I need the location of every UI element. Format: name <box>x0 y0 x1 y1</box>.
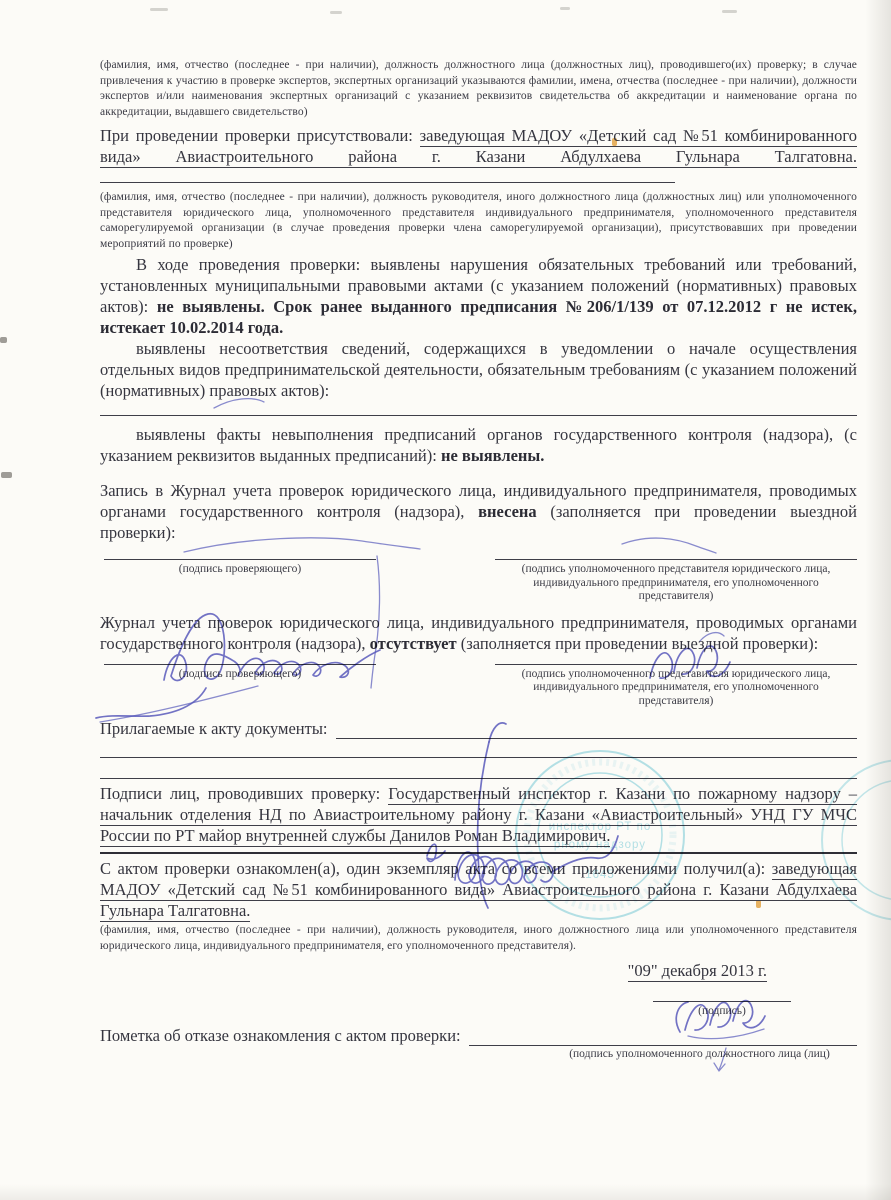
attachments-fill-line <box>336 724 857 739</box>
signature-line <box>653 1001 791 1002</box>
scan-edge-shadow <box>0 1184 891 1200</box>
date-row: "09" декабря 2013 г. <box>100 960 857 981</box>
refusal-label: Пометка об отказе ознакомления с актом п… <box>100 1025 461 1046</box>
attendees-fill-line <box>100 168 675 183</box>
signature-field-representative: (подпись уполномоченного представителя ю… <box>495 559 857 604</box>
mismatches-paragraph: выявлены несоответствия сведений, содерж… <box>100 338 857 401</box>
note-recipient-details: (фамилия, имя, отчество (последнее - при… <box>100 923 857 954</box>
blank-answer-line <box>100 405 857 416</box>
journal-missing-status: отсутствует <box>370 634 457 653</box>
signature-caption: (подпись уполномоченного представителя ю… <box>495 668 857 709</box>
signature-row-2: (подпись проверяющего) (подпись уполномо… <box>100 664 857 709</box>
signature-caption: (подпись) <box>653 1005 791 1019</box>
document-content: (фамилия, имя, отчество (последнее - при… <box>100 58 857 1061</box>
violations-paragraph: В ходе проведения проверки: выявлены нар… <box>100 254 857 338</box>
scan-speck <box>560 7 570 10</box>
journal-entry-paragraph: Запись в Журнал учета проверок юридическ… <box>100 480 857 543</box>
refusal-fill-line <box>469 1031 857 1046</box>
signature-field-inspector: (подпись проверяющего) <box>104 559 376 604</box>
attachments-label: Прилагаемые к акту документы: <box>100 718 328 739</box>
journal-missing-suffix: (заполняется при проведении выездной про… <box>461 634 818 653</box>
refusal-caption: (подпись уполномоченного должностного ли… <box>542 1048 857 1062</box>
mismatches-label: выявлены несоответствия сведений, содерж… <box>100 339 857 400</box>
prescriptions-value: не выявлены. <box>441 446 544 465</box>
scan-speck <box>722 10 737 13</box>
document-date: "09" декабря 2013 г. <box>628 961 767 982</box>
blank-line <box>100 758 857 779</box>
section-divider-line <box>100 848 857 854</box>
inspector-signatures-label: Подписи лиц, проводивших проверку: <box>100 784 380 803</box>
signature-caption: (подпись проверяющего) <box>104 563 376 577</box>
signature-line <box>495 664 857 665</box>
signature-field-inspector: (подпись проверяющего) <box>104 664 376 709</box>
signature-field-representative: (подпись уполномоченного представителя ю… <box>495 664 857 709</box>
note-inspector-details: (фамилия, имя, отчество (последнее - при… <box>100 58 857 120</box>
refusal-row: Пометка об отказе ознакомления с актом п… <box>100 1025 857 1046</box>
violations-value: не выявлены. Срок ранее выданного предпи… <box>100 297 857 337</box>
scan-speck <box>330 11 342 14</box>
blank-line <box>100 739 857 758</box>
scanned-inspection-act-page: (фамилия, имя, отчество (последнее - при… <box>0 0 891 1200</box>
scan-speck <box>0 337 7 343</box>
signature-row-1: (подпись проверяющего) (подпись уполномо… <box>100 559 857 604</box>
attendees-label: При проведении проверки присутствовали: <box>100 126 413 145</box>
acknowledgement-paragraph: С актом проверки ознакомлен(а), один экз… <box>100 858 857 921</box>
attachments-row: Прилагаемые к акту документы: <box>100 718 857 739</box>
attendees-paragraph: При проведении проверки присутствовали: … <box>100 125 857 188</box>
signature-caption: (подпись проверяющего) <box>104 668 376 682</box>
scan-speck <box>150 8 168 11</box>
scan-edge-shadow <box>865 0 891 1200</box>
scan-speck <box>1 472 12 478</box>
journal-missing-paragraph: Журнал учета проверок юридического лица,… <box>100 612 857 654</box>
signature-field-date: (подпись) <box>653 1001 791 1019</box>
signature-line <box>495 559 857 560</box>
inspector-signatures-paragraph: Подписи лиц, проводивших проверку: Госуд… <box>100 783 857 846</box>
journal-entry-status: внесена <box>478 502 537 521</box>
signature-caption: (подпись уполномоченного представителя ю… <box>495 563 857 604</box>
prescriptions-paragraph: выявлены факты невыполнения предписаний … <box>100 424 857 466</box>
signature-line <box>104 559 376 560</box>
note-attendees-details: (фамилия, имя, отчество (последнее - при… <box>100 190 857 252</box>
acknowledgement-label: С актом проверки ознакомлен(а), один экз… <box>100 859 765 878</box>
signature-line <box>104 664 376 665</box>
